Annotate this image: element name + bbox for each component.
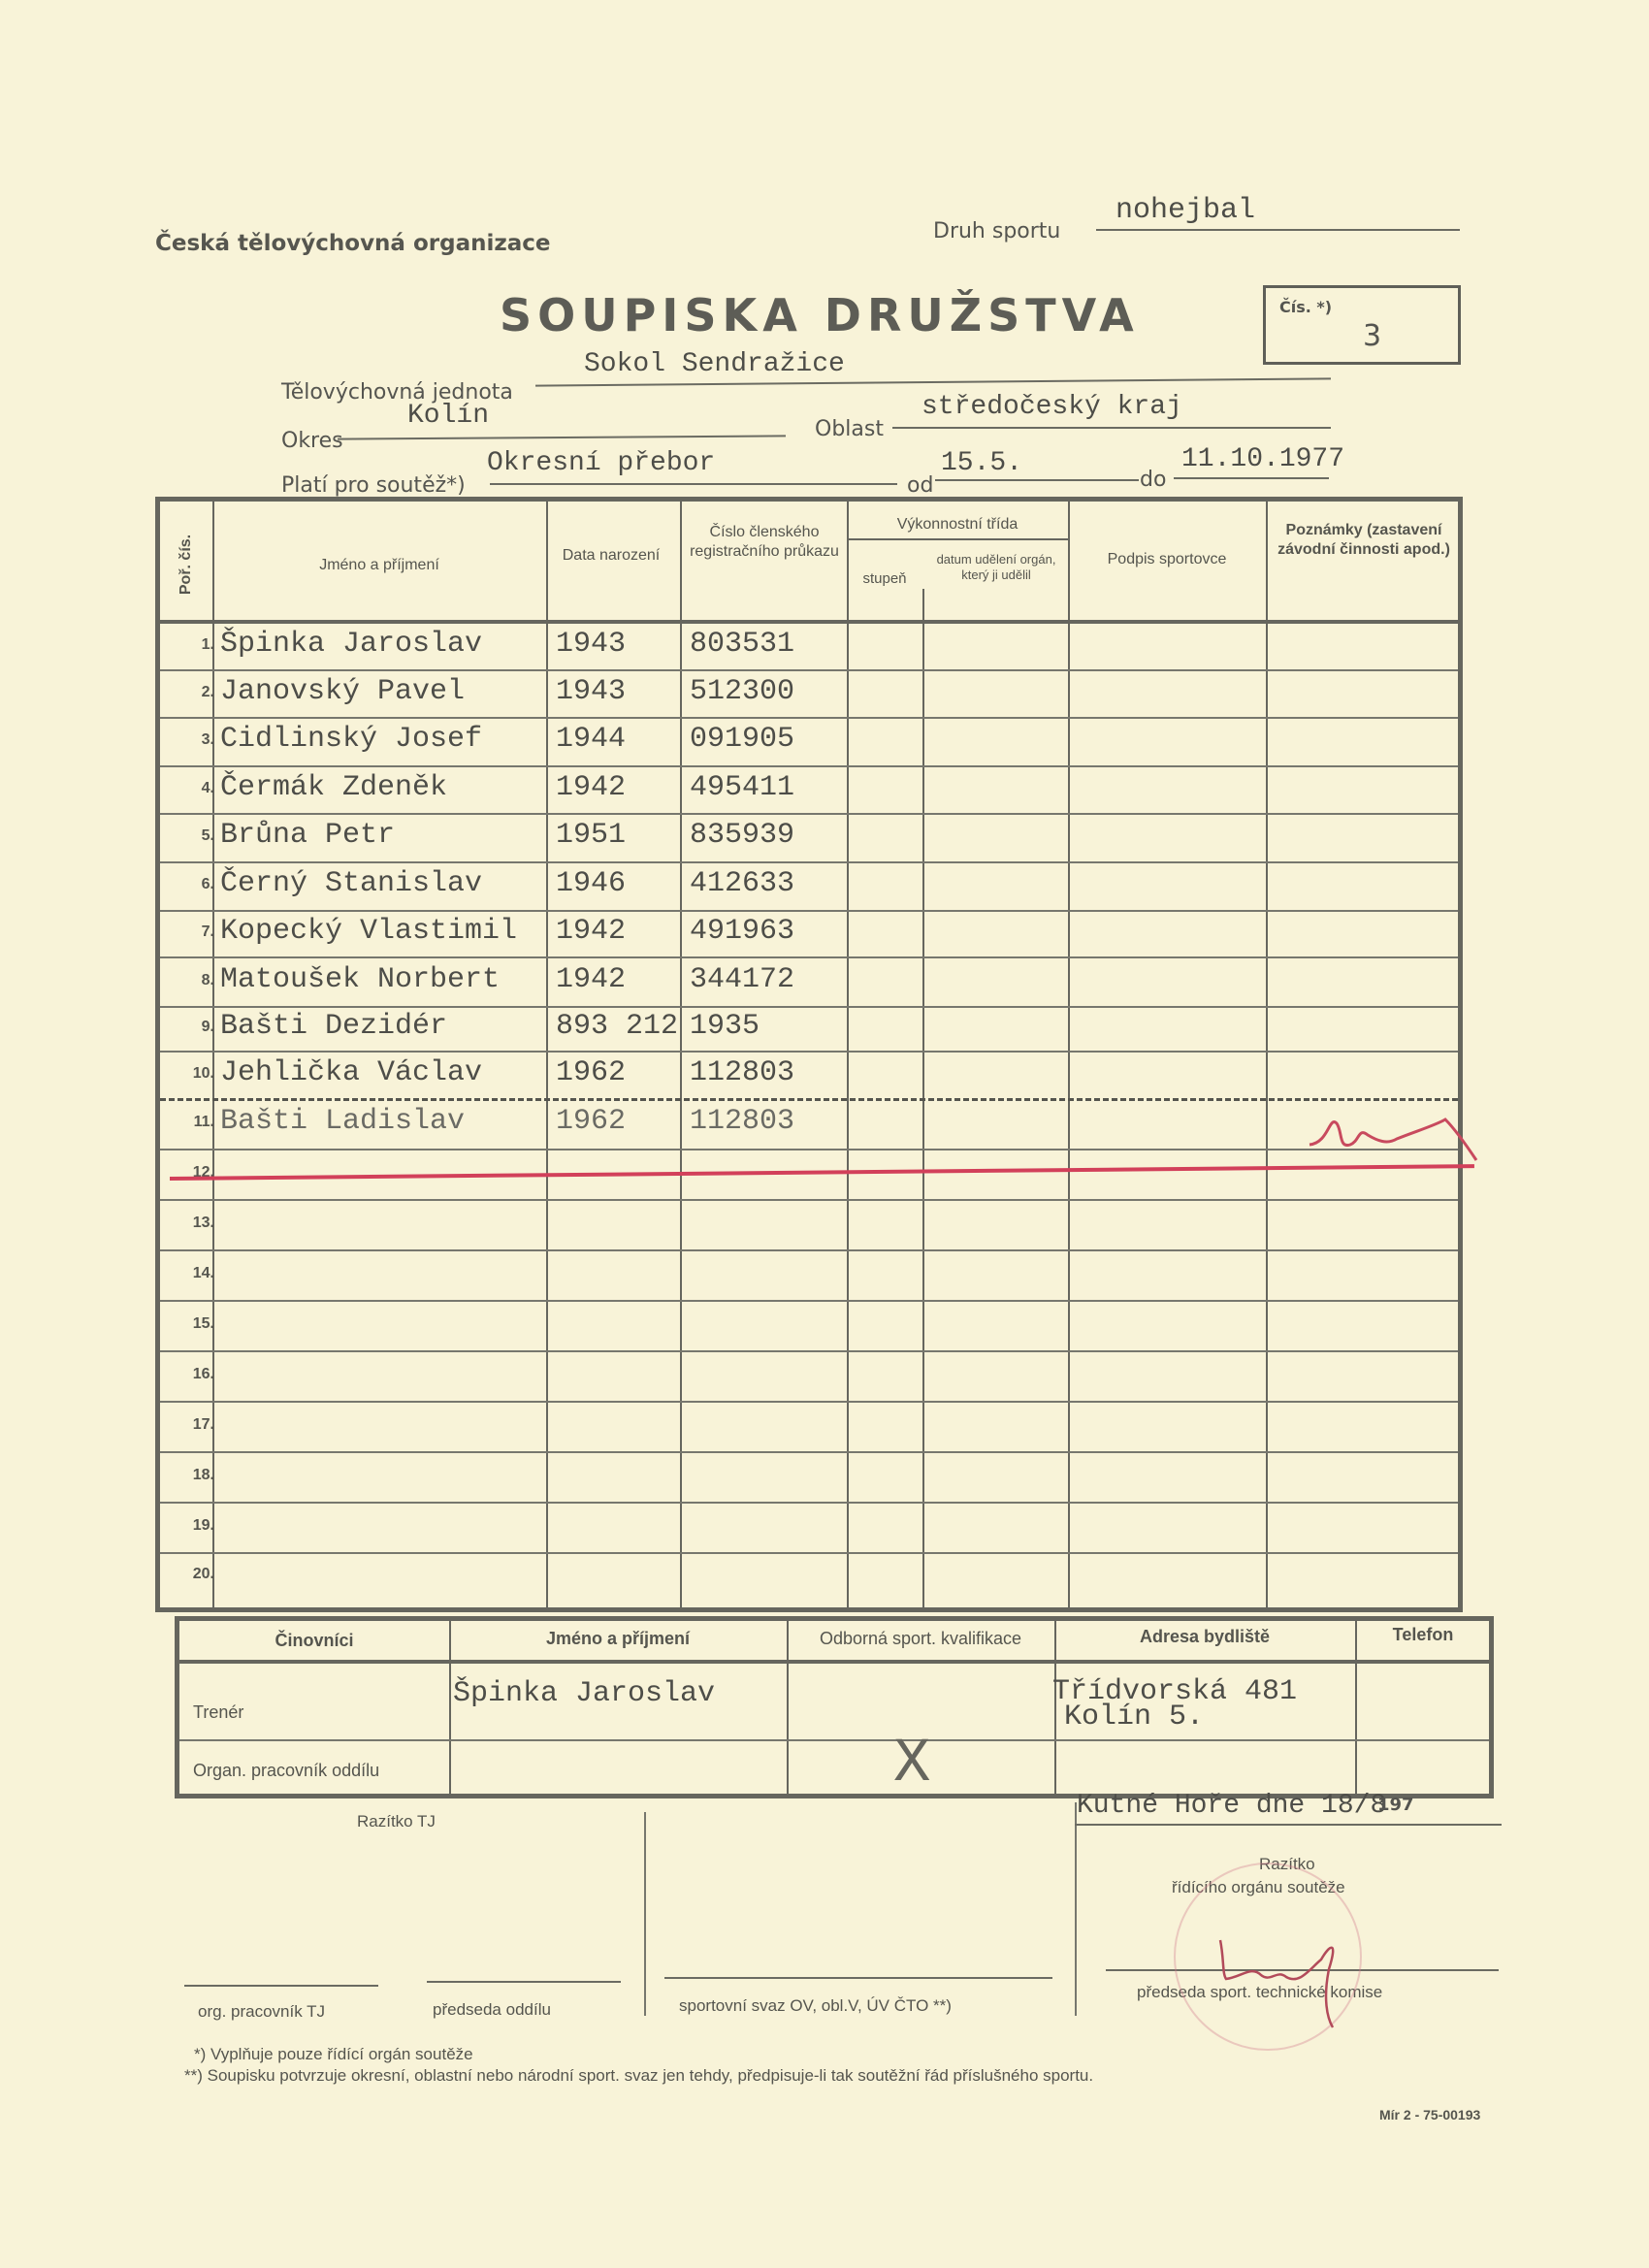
row-number: 18.: [160, 1467, 214, 1484]
sport-underline: [1096, 229, 1460, 231]
row-divider: [160, 1051, 1458, 1053]
row-divider: [160, 1300, 1458, 1302]
registration-number-field[interactable]: 495411: [690, 771, 794, 804]
row-divider: [160, 1006, 1458, 1008]
row-number: 13.: [160, 1215, 214, 1232]
sport-field[interactable]: nohejbal: [1115, 194, 1255, 227]
to-field[interactable]: 11.10.1977: [1181, 444, 1344, 474]
valid-for-label: Platí pro soutěž*): [281, 473, 466, 498]
col-divider: [546, 502, 548, 1607]
player-name-field[interactable]: Cidlinský Josef: [220, 723, 482, 756]
header-registration: Číslo členského registračního průkazu: [688, 523, 841, 562]
header-subdivider: [847, 538, 1068, 540]
player-name-field[interactable]: Bašti Dezidér: [220, 1010, 447, 1043]
birth-year-field[interactable]: 1943: [556, 675, 626, 708]
player-name-field[interactable]: Kopecký Vlastimil: [220, 915, 517, 948]
registration-number-field[interactable]: 491963: [690, 915, 794, 948]
staff-header-address: Adresa bydliště: [1054, 1627, 1355, 1647]
from-field[interactable]: 15.5.: [941, 448, 1022, 478]
birth-year-field[interactable]: 1951: [556, 819, 626, 852]
registration-number-field[interactable]: 344172: [690, 963, 794, 996]
header-name: Jméno a příjmení: [212, 556, 546, 575]
row-number: 19.: [160, 1517, 214, 1535]
form-code: Mír 2 - 75-00193: [1379, 2107, 1480, 2122]
row-number: 2.: [160, 684, 214, 701]
signature-scribble-icon: [1212, 1930, 1406, 2037]
signature-divider: [1075, 1802, 1077, 2016]
staff-row-divider: [179, 1739, 1489, 1741]
row-divider: [160, 956, 1458, 958]
staff-header-phone: Telefon: [1355, 1625, 1491, 1645]
registration-number-field[interactable]: 112803: [690, 1105, 794, 1138]
chairman-label: předseda oddílu: [433, 2000, 551, 2020]
footnote-2: **) Soupisku potvrzuje okresní, oblastní…: [184, 2066, 1093, 2086]
stamp-tj-label: Razítko TJ: [357, 1812, 436, 1831]
staff-header-role: Činovníci: [179, 1631, 449, 1651]
row-divider: [160, 1249, 1458, 1251]
player-name-field[interactable]: Černý Stanislav: [220, 867, 482, 900]
staff-header-name: Jméno a příjmení: [449, 1629, 787, 1649]
player-name-field[interactable]: Janovský Pavel: [220, 675, 465, 708]
birth-year-field[interactable]: 1962: [556, 1105, 626, 1138]
org-worker-signature-line[interactable]: [184, 1985, 378, 1987]
header-birth: Data narození: [558, 546, 664, 566]
row-number: 14.: [160, 1265, 214, 1282]
region-label: Oblast: [815, 417, 884, 441]
row-number: 3.: [160, 731, 214, 749]
row-divider: [160, 1098, 1458, 1101]
valid-for-field[interactable]: Okresní přebor: [487, 448, 715, 478]
district-label: Okres: [281, 429, 343, 453]
player-name-field[interactable]: Jehlička Václav: [220, 1056, 482, 1089]
header-degree: stupeň: [847, 569, 922, 589]
header-number: Poř. čís.: [160, 511, 212, 618]
row-divider: [160, 1502, 1458, 1504]
row-divider: [160, 1199, 1458, 1201]
birth-year-field[interactable]: 1942: [556, 915, 626, 948]
row-divider: [160, 1149, 1458, 1150]
col-divider: [680, 502, 682, 1607]
sport-label: Druh sportu: [933, 219, 1060, 243]
registration-number-field[interactable]: 1935: [690, 1010, 760, 1043]
org-worker-label: org. pracovník TJ: [198, 2002, 325, 2022]
player-name-field[interactable]: Špinka Jaroslav: [220, 628, 482, 661]
roster-table: Poř. čís. Jméno a příjmení Data narození…: [155, 497, 1463, 1612]
row-divider: [160, 669, 1458, 671]
row-number: 4.: [160, 780, 214, 797]
header-signature: Podpis sportovce: [1068, 550, 1266, 569]
footnote-1: *) Vyplňuje pouze řídící orgán soutěže: [194, 2045, 473, 2064]
number-field[interactable]: 3: [1363, 319, 1381, 353]
staff-role-organizer: Organ. pracovník oddílu: [193, 1761, 379, 1781]
col-divider: [1355, 1621, 1357, 1794]
from-label: od: [907, 473, 933, 498]
player-name-field[interactable]: Brůna Petr: [220, 819, 395, 852]
row-divider: [160, 765, 1458, 767]
district-underline: [338, 435, 786, 439]
row-number: 7.: [160, 923, 214, 941]
union-label: sportovní svaz OV, obl.V, ÚV ČTO **): [679, 1996, 952, 2016]
signature-divider: [644, 1812, 646, 2016]
registration-number-field[interactable]: 091905: [690, 723, 794, 756]
unit-field[interactable]: Sokol Sendražice: [584, 349, 845, 379]
header-separator: [160, 620, 1458, 624]
cross-mark: X: [893, 1730, 930, 1799]
from-underline: [935, 479, 1139, 481]
organization-name: Česká tělovýchovná organizace: [155, 231, 551, 256]
year-label: 197: [1377, 1795, 1414, 1815]
player-name-field[interactable]: Matoušek Norbert: [220, 963, 500, 996]
row-number: 20.: [160, 1566, 214, 1583]
region-underline: [892, 427, 1331, 429]
row-divider: [160, 813, 1458, 815]
to-underline: [1174, 477, 1329, 479]
to-label: do: [1140, 468, 1166, 492]
row-number: 15.: [160, 1315, 214, 1333]
row-number: 10.: [160, 1065, 214, 1083]
staff-header-qualification: Odborná sport. kvalifikace: [787, 1629, 1054, 1649]
birth-year-field[interactable]: 1946: [556, 867, 626, 900]
region-field[interactable]: středočeský kraj: [921, 392, 1182, 422]
col-divider: [1266, 502, 1268, 1607]
registration-number-field[interactable]: 803531: [690, 628, 794, 661]
signature-scribble-icon: [1300, 1106, 1484, 1174]
header-number-text: Poř. čís.: [177, 535, 196, 595]
valid-for-underline: [490, 483, 897, 485]
row-number: 8.: [160, 972, 214, 989]
row-number: 5.: [160, 827, 214, 845]
place-date-underline: [1075, 1824, 1502, 1826]
row-divider: [160, 1451, 1458, 1453]
player-name-field[interactable]: Bašti Ladislav: [220, 1105, 465, 1138]
row-number: 17.: [160, 1416, 214, 1434]
staff-role-trainer: Trenér: [193, 1702, 243, 1723]
place-date-field[interactable]: Kutné Hoře dne 18/8: [1077, 1791, 1386, 1821]
district-field[interactable]: Kolín: [407, 401, 489, 431]
row-divider: [160, 1350, 1458, 1352]
player-name-field[interactable]: Čermák Zdeněk: [220, 771, 447, 804]
row-number: 9.: [160, 1019, 214, 1036]
union-signature-line[interactable]: [664, 1977, 1052, 1979]
birth-year-field[interactable]: 1942: [556, 771, 626, 804]
number-box: Čís. *) 3: [1263, 285, 1461, 365]
birth-year-field[interactable]: 1943: [556, 628, 626, 661]
trainer-address-line2[interactable]: Kolín 5.: [1064, 1701, 1204, 1733]
trainer-name-field[interactable]: Špinka Jaroslav: [453, 1677, 715, 1710]
row-number: 11.: [160, 1114, 214, 1131]
birth-year-field[interactable]: 893 212: [556, 1010, 678, 1043]
row-divider: [160, 1401, 1458, 1403]
header-awarded: datum udělení orgán, který ji udělil: [932, 552, 1060, 583]
row-divider: [160, 717, 1458, 719]
birth-year-field[interactable]: 1944: [556, 723, 626, 756]
row-number: 6.: [160, 876, 214, 893]
chairman-signature-line[interactable]: [427, 1981, 621, 1983]
registration-number-field[interactable]: 112803: [690, 1056, 794, 1089]
officials-table: Činovníci Jméno a příjmení Odborná sport…: [175, 1616, 1494, 1798]
birth-year-field[interactable]: 1942: [556, 963, 626, 996]
row-number: 1.: [160, 636, 214, 654]
col-divider: [212, 502, 214, 1607]
birth-year-field[interactable]: 1962: [556, 1056, 626, 1089]
row-divider: [160, 1552, 1458, 1554]
page-title: SOUPISKA DRUŽSTVA: [500, 289, 1140, 341]
header-performance-class: Výkonnostní třída: [847, 515, 1068, 535]
header-notes: Poznámky (zastavení závodní činnosti apo…: [1272, 521, 1456, 560]
registration-number-field[interactable]: 412633: [690, 867, 794, 900]
number-label: Čís. *): [1279, 298, 1332, 316]
staff-header-separator: [179, 1660, 1489, 1664]
registration-number-field[interactable]: 835939: [690, 819, 794, 852]
row-divider: [160, 861, 1458, 863]
row-number: 16.: [160, 1366, 214, 1383]
row-divider: [160, 910, 1458, 912]
col-divider: [1068, 502, 1070, 1607]
registration-number-field[interactable]: 512300: [690, 675, 794, 708]
col-divider: [847, 502, 849, 1607]
